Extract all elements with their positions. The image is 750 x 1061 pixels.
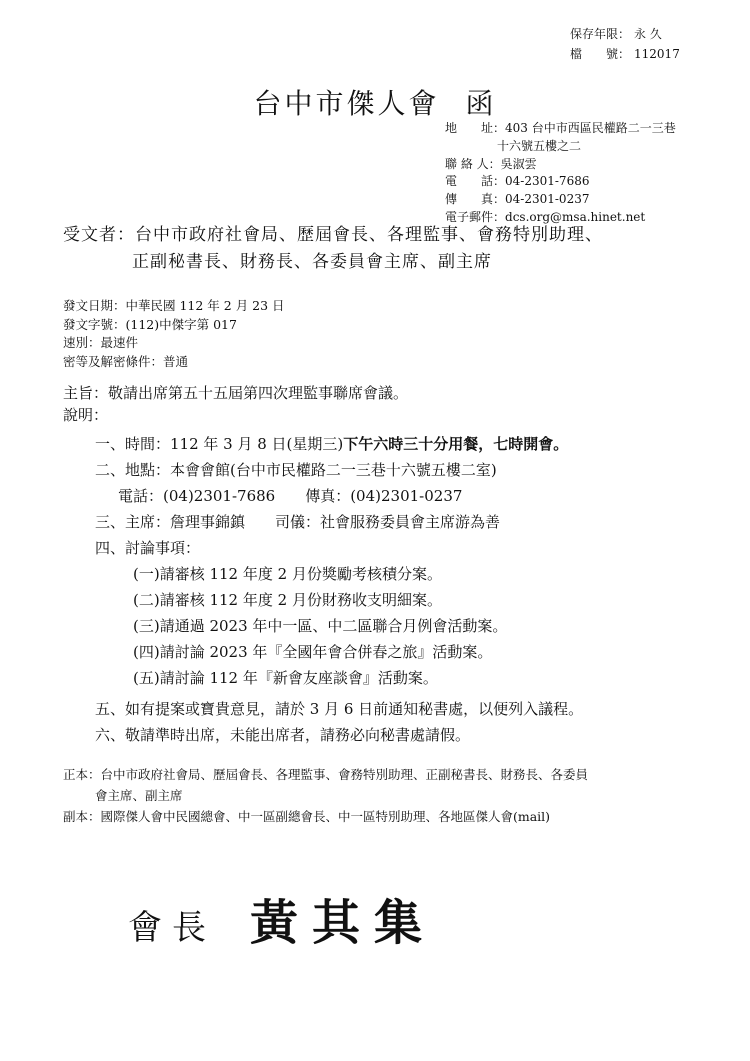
item-time-normal: 一、時間：112 年 3 月 8 日(星期三)	[95, 435, 343, 453]
phone-label: 電 話：	[445, 173, 505, 191]
letter-body: 主旨：敬請出席第五十五屆第四次理監事聯席會議。 說明： 一、時間：112 年 3…	[63, 382, 583, 748]
cc-block: 正本：台中市政府社會局、歷屆會長、各理監事、會務特別助理、正副秘書長、財務長、各…	[63, 764, 588, 827]
file-number-label: 檔 號：	[570, 44, 630, 64]
recipient-label: 受文者：	[63, 225, 135, 245]
retention-period-row: 保存年限： 永 久	[570, 24, 680, 44]
original-recipients-line1: 正本：台中市政府社會局、歷屆會長、各理監事、會務特別助理、正副秘書長、財務長、各…	[63, 764, 588, 785]
copy-recipients: 副本：國際傑人會中民國總會、中一區副總會長、中一區特別助理、各地區傑人會(mai…	[63, 806, 588, 827]
phone-value: 04-2301-7686	[505, 173, 589, 191]
fax-value: 04-2301-0237	[505, 191, 589, 209]
address-row: 地 址： 403 台中市西區民權路二一三巷	[445, 120, 676, 138]
discussion-item-5: (五)請討論 112 年『新會友座談會』活動案。	[63, 665, 583, 691]
doc-info-block: 發文日期：中華民國 112 年 2 月 23 日 發文字號：(112)中傑字第 …	[63, 297, 285, 371]
original-recipients-line2: 會主席、副主席	[63, 785, 588, 806]
discussion-item-3: (三)請通過 2023 年中一區、中二區聯合月例會活動案。	[63, 613, 583, 639]
address-row-2: 十六號五樓之二	[445, 138, 676, 156]
fax-label: 傳 真：	[445, 191, 505, 209]
sender-contact-block: 地 址： 403 台中市西區民權路二一三巷 十六號五樓之二 聯 絡 人： 吳淑雲…	[445, 120, 676, 227]
explanation-items: 一、時間：112 年 3 月 8 日(星期三)下午六時三十分用餐，七時開會。 二…	[63, 431, 583, 748]
subject-line: 主旨：敬請出席第五十五屆第四次理監事聯席會議。	[63, 382, 583, 404]
explanation-label: 說明：	[63, 404, 583, 426]
discussion-item-2: (二)請審核 112 年度 2 月份財務收支明細案。	[63, 587, 583, 613]
retention-period-value: 永 久	[634, 24, 662, 44]
address-value: 403 台中市西區民權路二一三巷	[505, 120, 676, 138]
item-chairman: 三、主席：詹理事錦鎮 司儀：社會服務委員會主席游為善	[63, 509, 583, 535]
document-title: 台中市傑人會函	[0, 82, 750, 122]
contact-person-value: 吳淑雲	[501, 156, 537, 174]
issue-number: 發文字號：(112)中傑字第 017	[63, 316, 285, 335]
contact-person-label: 聯 絡 人：	[445, 156, 501, 174]
item-time: 一、時間：112 年 3 月 8 日(星期三)下午六時三十分用餐，七時開會。	[63, 431, 583, 457]
retention-period-label: 保存年限：	[570, 24, 630, 44]
org-name: 台中市傑人會	[253, 87, 439, 120]
recipient-line2: 正副秘書長、財務長、各委員會主席、副主席	[63, 249, 603, 276]
discussion-item-4: (四)請討論 2023 年『全國年會合併春之旅』活動案。	[63, 639, 583, 665]
item-attendance: 六、敬請準時出席，未能出席者，請務必向秘書處請假。	[63, 722, 583, 748]
fax-row: 傳 真： 04-2301-0237	[445, 191, 676, 209]
item-discussion-heading: 四、討論事項：	[63, 535, 583, 561]
address-value-line2: 十六號五樓之二	[445, 138, 581, 156]
speed-class: 速別：最速件	[63, 334, 285, 353]
phone-row: 電 話： 04-2301-7686	[445, 173, 676, 191]
official-letter-page: 保存年限： 永 久 檔 號： 112017 台中市傑人會函 地 址： 403 台…	[0, 0, 750, 1061]
retention-block: 保存年限： 永 久 檔 號： 112017	[570, 24, 680, 64]
file-number-value: 112017	[634, 44, 680, 64]
recipient-list-1: 台中市政府社會局、歷屆會長、各理監事、會務特別助理、	[135, 225, 603, 245]
issue-date: 發文日期：中華民國 112 年 2 月 23 日	[63, 297, 285, 316]
doc-type: 函	[466, 87, 497, 120]
contact-person-row: 聯 絡 人： 吳淑雲	[445, 156, 676, 174]
signature-block: 會長 黃其集	[128, 884, 436, 953]
item-proposals: 五、如有提案或寶貴意見，請於 3 月 6 日前通知秘書處，以便列入議程。	[63, 696, 583, 722]
address-label: 地 址：	[445, 120, 505, 138]
signer-title: 會長	[128, 900, 216, 949]
security-class: 密等及解密條件：普通	[63, 353, 285, 372]
signer-name: 黃其集	[250, 884, 436, 953]
file-number-row: 檔 號： 112017	[570, 44, 680, 64]
item-location: 二、地點：本會會館(台中市民權路二一三巷十六號五樓二室)	[63, 457, 583, 483]
item-time-bold: 下午六時三十分用餐，七時開會。	[343, 435, 568, 453]
recipient-block: 受文者：台中市政府社會局、歷屆會長、各理監事、會務特別助理、 正副秘書長、財務長…	[63, 222, 603, 276]
recipient-line1: 受文者：台中市政府社會局、歷屆會長、各理監事、會務特別助理、	[63, 222, 603, 249]
item-location-phone: 電話：(04)2301-7686 傳真：(04)2301-0237	[63, 483, 583, 509]
discussion-item-1: (一)請審核 112 年度 2 月份獎勵考核積分案。	[63, 561, 583, 587]
